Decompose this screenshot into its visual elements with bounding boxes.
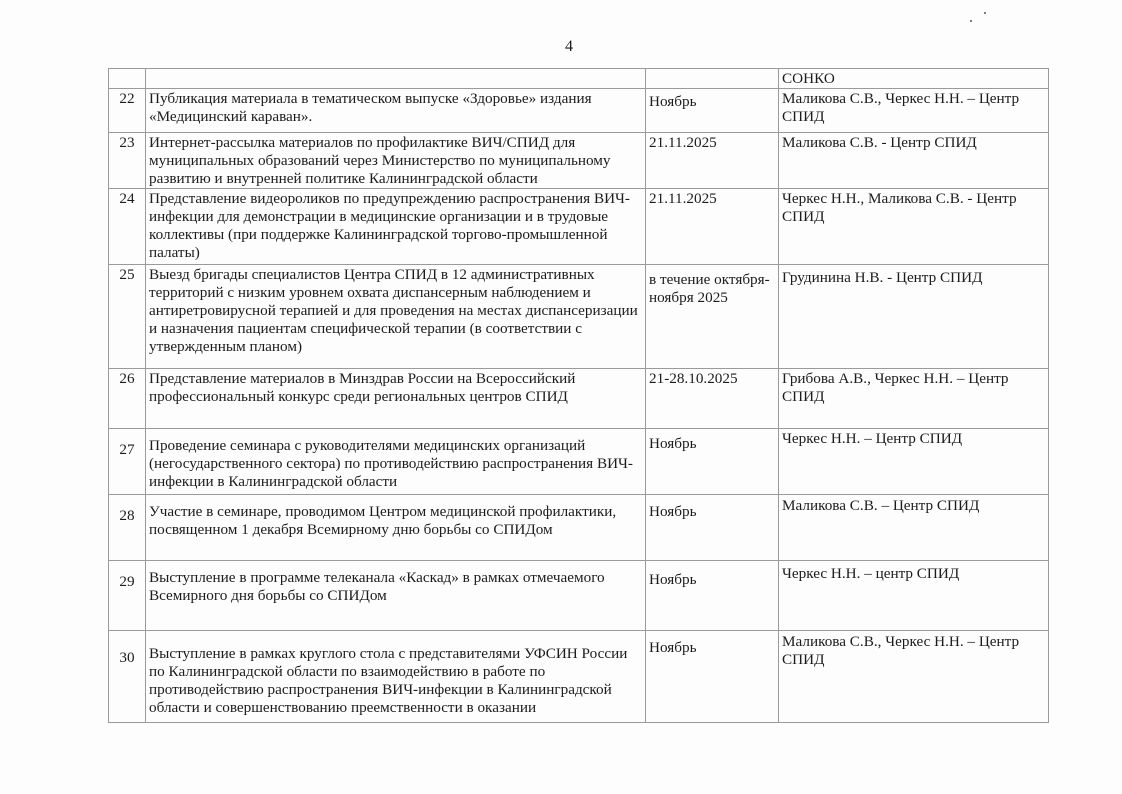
date-cell: Ноябрь xyxy=(646,89,779,133)
row-number: 25 xyxy=(109,265,146,369)
table-row: 23 Интернет-рассылка материалов по профи… xyxy=(109,133,1049,189)
date-cell: 21-28.10.2025 xyxy=(646,369,779,429)
row-number: 22 xyxy=(109,89,146,133)
row-number: 29 xyxy=(109,561,146,631)
row-number: 28 xyxy=(109,495,146,561)
table-row: 26 Представление материалов в Минздрав Р… xyxy=(109,369,1049,429)
responsible-cell: Грибова А.В., Черкес Н.Н. – Центр СПИД xyxy=(779,369,1049,429)
activity-cell: Представление видеороликов по предупрежд… xyxy=(146,189,646,265)
table-row-continuation: СОНКО xyxy=(109,69,1049,89)
activity-cell: Участие в семинаре, проводимом Центром м… xyxy=(146,495,646,561)
date-cell: Ноябрь xyxy=(646,429,779,495)
page-number: 4 xyxy=(565,38,573,56)
row-number: 26 xyxy=(109,369,146,429)
row-number: 24 xyxy=(109,189,146,265)
activity-cell: Проведение семинара с руководителями мед… xyxy=(146,429,646,495)
activity-cell: Представление материалов в Минздрав Росс… xyxy=(146,369,646,429)
date-cell: Ноябрь xyxy=(646,631,779,723)
activity-cell: Выступление в программе телеканала «Каск… xyxy=(146,561,646,631)
row-number xyxy=(109,69,146,89)
scan-speck xyxy=(984,12,986,14)
date-cell xyxy=(646,69,779,89)
row-number: 30 xyxy=(109,631,146,723)
responsible-cell: Черкес Н.Н. – центр СПИД xyxy=(779,561,1049,631)
responsible-cell: Маликова С.В. - Центр СПИД xyxy=(779,133,1049,189)
activity-cell: Выступление в рамках круглого стола с пр… xyxy=(146,631,646,723)
scan-speck xyxy=(970,20,972,22)
row-number: 27 xyxy=(109,429,146,495)
responsible-cell: Маликова С.В. – Центр СПИД xyxy=(779,495,1049,561)
responsible-cell: Черкес Н.Н. – Центр СПИД xyxy=(779,429,1049,495)
activity-cell: Интернет-рассылка материалов по профилак… xyxy=(146,133,646,189)
activity-cell: Выезд бригады специалистов Центра СПИД в… xyxy=(146,265,646,369)
responsible-cell: Маликова С.В., Черкес Н.Н. – Центр СПИД xyxy=(779,631,1049,723)
row-number: 23 xyxy=(109,133,146,189)
responsible-cell: Маликова С.В., Черкес Н.Н. – Центр СПИД xyxy=(779,89,1049,133)
table-row: 27 Проведение семинара с руководителями … xyxy=(109,429,1049,495)
responsible-cell: Черкес Н.Н., Маликова С.В. - Центр СПИД xyxy=(779,189,1049,265)
activity-plan-table: СОНКО 22 Публикация материала в тематиче… xyxy=(108,68,1049,723)
date-cell: Ноябрь xyxy=(646,495,779,561)
responsible-cell: Грудинина Н.В. - Центр СПИД xyxy=(779,265,1049,369)
table-row: 28 Участие в семинаре, проводимом Центро… xyxy=(109,495,1049,561)
activity-cell xyxy=(146,69,646,89)
table-row: 30 Выступление в рамках круглого стола с… xyxy=(109,631,1049,723)
date-cell: в течение октября-ноября 2025 xyxy=(646,265,779,369)
activity-cell: Публикация материала в тематическом выпу… xyxy=(146,89,646,133)
table-row: 24 Представление видеороликов по предупр… xyxy=(109,189,1049,265)
responsible-cell: СОНКО xyxy=(779,69,1049,89)
table-row: 29 Выступление в программе телеканала «К… xyxy=(109,561,1049,631)
date-cell: 21.11.2025 xyxy=(646,133,779,189)
table-row: 25 Выезд бригады специалистов Центра СПИ… xyxy=(109,265,1049,369)
table-row: 22 Публикация материала в тематическом в… xyxy=(109,89,1049,133)
date-cell: Ноябрь xyxy=(646,561,779,631)
date-cell: 21.11.2025 xyxy=(646,189,779,265)
